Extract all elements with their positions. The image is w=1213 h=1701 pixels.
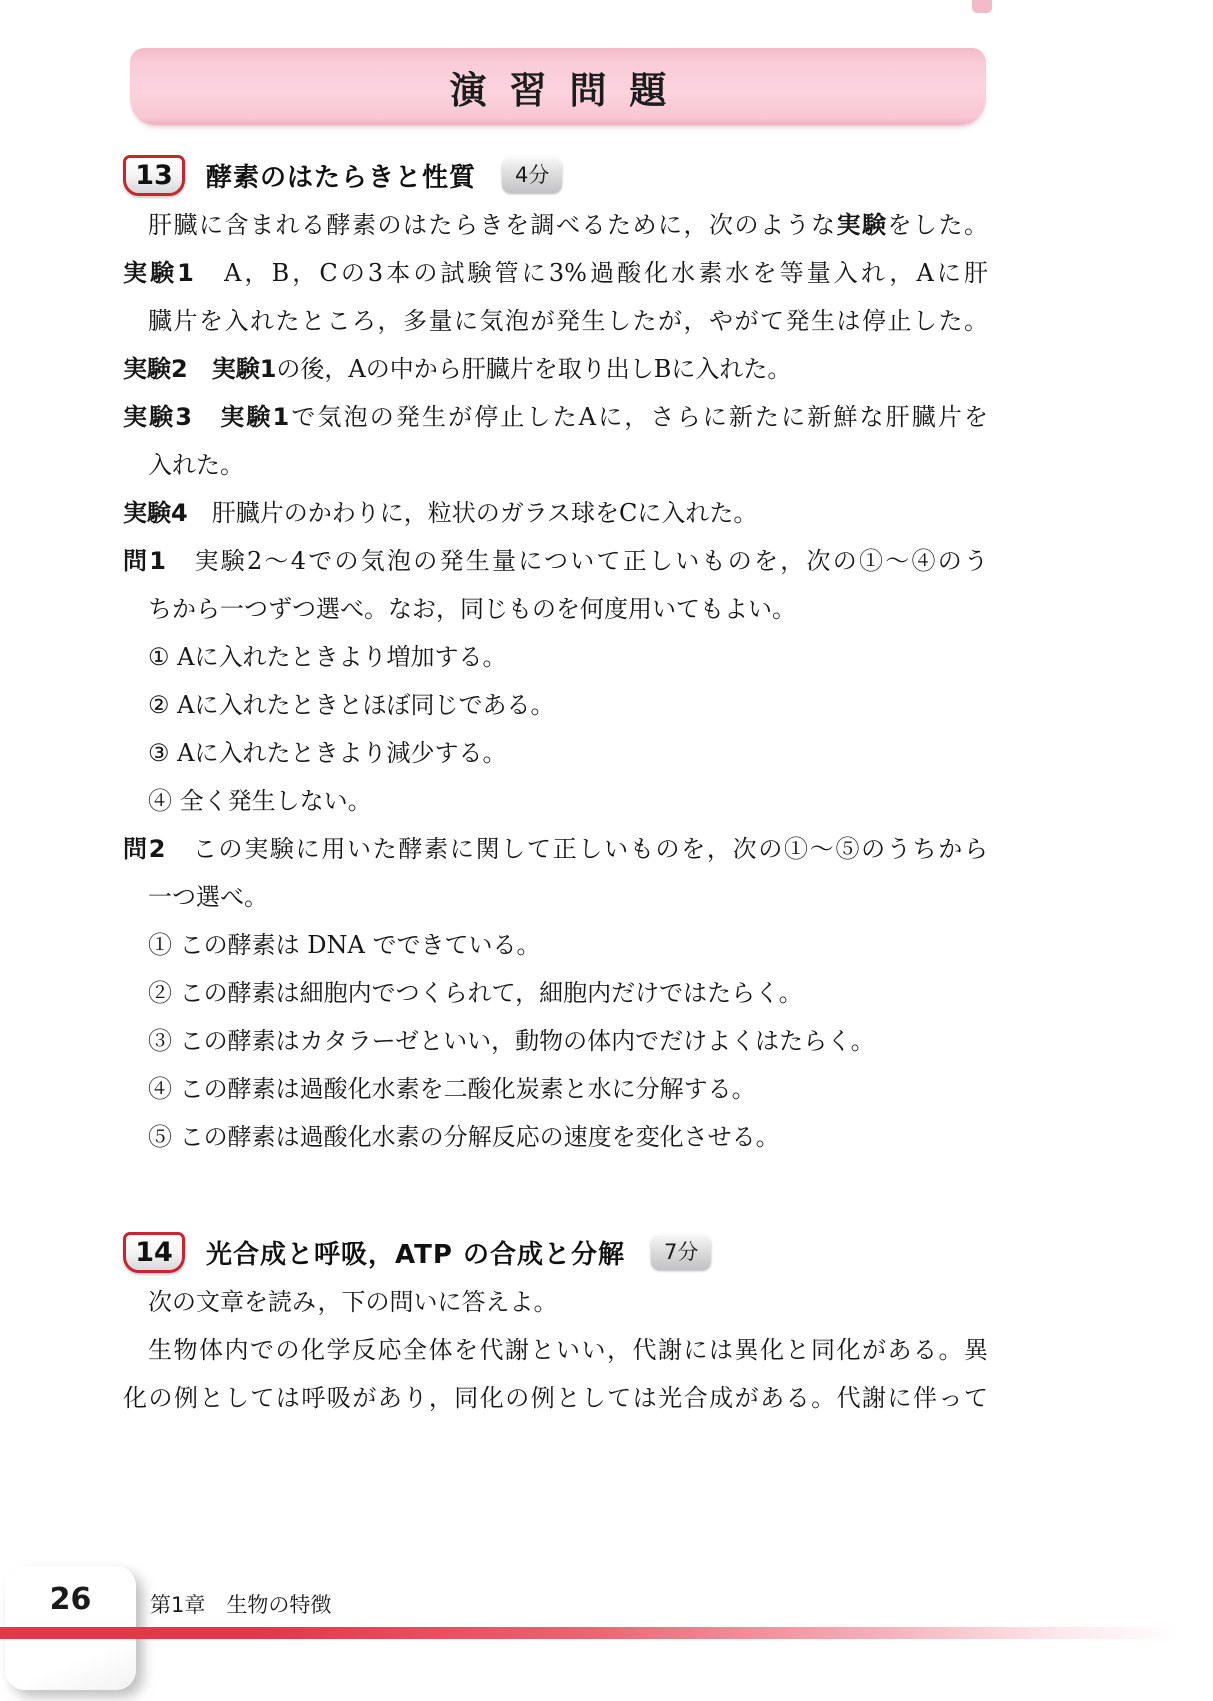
option-line: ② この酵素は細胞内でつくられて，細胞内だけではたらく。: [123, 969, 988, 1017]
experiment-line: 入れた。: [123, 441, 988, 489]
question-line: ちから一つずつ選べ。なお，同じものを何度用いてもよい。: [123, 585, 988, 633]
question-line: 問1 実験2～4での気泡の発生量について正しいものを，次の①～④のう: [123, 537, 988, 585]
text-segment: をした。: [888, 211, 989, 239]
text-segment: ⑤ この酵素は過酸化水素の分解反応の速度を変化させる。: [148, 1123, 780, 1151]
text-segment: ③ Aに入れたときより減少する。: [148, 739, 506, 767]
bold-text-segment: 問2: [123, 835, 165, 863]
experiment-line: 実験1 A，B，Cの3本の試験管に3%過酸化水素水を等量入れ，Aに肝: [123, 249, 988, 297]
bold-text-segment: 実験1: [212, 355, 277, 383]
option-line: ① この酵素は DNA でできている。: [123, 921, 988, 969]
option-line: ④ 全く発生しない。: [123, 777, 988, 825]
problem-number: 14: [135, 1237, 173, 1268]
text-segment: この実験に用いた酵素に関して正しいものを，次の①～⑤のうちから: [165, 835, 988, 863]
bold-text-segment: 実験4: [123, 499, 188, 527]
problem-number-badge: 14: [123, 1232, 185, 1273]
problem-14-body: 次の文章を読み，下の問いに答えよ。生物体内での化学反応全体を代謝といい，代謝には…: [123, 1278, 988, 1422]
experiment-line: 実験2 実験1の後，Aの中から肝臓片を取り出しBに入れた。: [123, 345, 988, 393]
text-segment: の後，Aの中から肝臓片を取り出しBに入れた。: [276, 355, 791, 383]
experiment-line: 実験3 実験1で気泡の発生が停止したAに，さらに新たに新鮮な肝臓片を: [123, 393, 988, 441]
problem-14-section: 14 光合成と呼吸，ATP の合成と分解 7分 次の文章を読み，下の問いに答えよ…: [123, 1230, 988, 1422]
text-segment: ② Aに入れたときとほぼ同じである。: [148, 691, 554, 719]
text-segment: 化の例としては呼吸があり，同化の例としては光合成がある。代謝に伴って: [123, 1384, 988, 1412]
text-segment: ちから一つずつ選べ。なお，同じものを何度用いてもよい。: [148, 595, 796, 623]
text-segment: [188, 355, 212, 383]
text-segment: 生物体内での化学反応全体を代謝といい，代謝には異化と同化がある。異: [148, 1336, 988, 1364]
experiment-line: 実験4 肝臓片のかわりに，粒状のガラス球をCに入れた。: [123, 489, 988, 537]
text-segment: 入れた。: [148, 451, 244, 479]
text-segment: ① Aに入れたときより増加する。: [148, 643, 506, 671]
text-segment: 臓片を入れたところ，多量に気泡が発生したが，やがて発生は停止した。: [148, 307, 988, 335]
intro-line: 肝臓に含まれる酵素のはたらきを調べるために，次のような実験をした。: [123, 201, 988, 249]
bold-text-segment: 問1: [123, 547, 166, 575]
text-segment: 一つ選べ。: [148, 883, 268, 911]
question-line: 一つ選べ。: [123, 873, 988, 921]
text-segment: ④ 全く発生しない。: [148, 787, 372, 815]
problem-title: 光合成と呼吸，ATP の合成と分解: [206, 1234, 625, 1271]
text-segment: [192, 403, 220, 431]
bold-text-segment: 実験1: [123, 259, 194, 287]
text-line: 生物体内での化学反応全体を代謝といい，代謝には異化と同化がある。異: [123, 1326, 988, 1374]
footer-rule: [0, 1627, 1180, 1639]
experiment-line: 臓片を入れたところ，多量に気泡が発生したが，やがて発生は停止した。: [123, 297, 988, 345]
option-line: ③ この酵素はカタラーゼといい，動物の体内でだけよくはたらく。: [123, 1017, 988, 1065]
problem-title: 酵素のはたらきと性質: [206, 157, 476, 194]
bold-text-segment: 実験: [837, 211, 888, 239]
problem-14-header: 14 光合成と呼吸，ATP の合成と分解 7分: [123, 1230, 988, 1274]
problem-13-section: 13 酵素のはたらきと性質 4分 肝臓に含まれる酵素のはたらきを調べるために，次…: [123, 153, 988, 1161]
time-badge: 7分: [651, 1234, 711, 1270]
problem-13-body: 肝臓に含まれる酵素のはたらきを調べるために，次のような実験をした。実験1 A，B…: [123, 201, 988, 1161]
text-segment: 実験2～4での気泡の発生量について正しいものを，次の①～④のう: [166, 547, 988, 575]
page-corner-mark: [972, 0, 992, 13]
text-line: 化の例としては呼吸があり，同化の例としては光合成がある。代謝に伴って: [123, 1374, 988, 1422]
text-segment: 肝臓片のかわりに，粒状のガラス球をCに入れた。: [188, 499, 758, 527]
page-number: 26: [5, 1582, 136, 1617]
text-segment: で気泡の発生が停止したAに，さらに新たに新鮮な肝臓片を: [289, 403, 988, 431]
problem-13-header: 13 酵素のはたらきと性質 4分: [123, 153, 988, 197]
intro-line: 次の文章を読み，下の問いに答えよ。: [123, 1278, 988, 1326]
text-segment: ③ この酵素はカタラーゼといい，動物の体内でだけよくはたらく。: [148, 1027, 875, 1055]
time-badge: 4分: [502, 157, 562, 193]
bold-text-segment: 実験2: [123, 355, 188, 383]
option-line: ② Aに入れたときとほぼ同じである。: [123, 681, 988, 729]
text-segment: A，B，Cの3本の試験管に3%過酸化水素水を等量入れ，Aに肝: [194, 259, 988, 287]
option-line: ⑤ この酵素は過酸化水素の分解反応の速度を変化させる。: [123, 1113, 988, 1161]
option-line: ③ Aに入れたときより減少する。: [123, 729, 988, 777]
chapter-label: 第1章 生物の特徴: [150, 1589, 331, 1619]
problem-number: 13: [135, 160, 173, 191]
text-segment: 肝臓に含まれる酵素のはたらきを調べるために，次のような: [148, 211, 837, 239]
option-line: ④ この酵素は過酸化水素を二酸化炭素と水に分解する。: [123, 1065, 988, 1113]
question-line: 問2 この実験に用いた酵素に関して正しいものを，次の①～⑤のうちから: [123, 825, 988, 873]
text-segment: 次の文章を読み，下の問いに答えよ。: [148, 1288, 557, 1316]
textbook-page: 演習問題 13 酵素のはたらきと性質 4分 肝臓に含まれる酵素のはたらきを調べる…: [0, 0, 1213, 1701]
text-segment: ④ この酵素は過酸化水素を二酸化炭素と水に分解する。: [148, 1075, 756, 1103]
option-line: ① Aに入れたときより増加する。: [123, 633, 988, 681]
problem-number-badge: 13: [123, 155, 185, 196]
text-segment: ① この酵素は DNA でできている。: [148, 931, 540, 959]
text-segment: ② この酵素は細胞内でつくられて，細胞内だけではたらく。: [148, 979, 803, 1007]
section-banner: 演習問題: [130, 48, 986, 125]
bold-text-segment: 実験1: [220, 403, 289, 431]
section-banner-title: 演習問題: [427, 60, 690, 114]
bold-text-segment: 実験3: [123, 403, 192, 431]
